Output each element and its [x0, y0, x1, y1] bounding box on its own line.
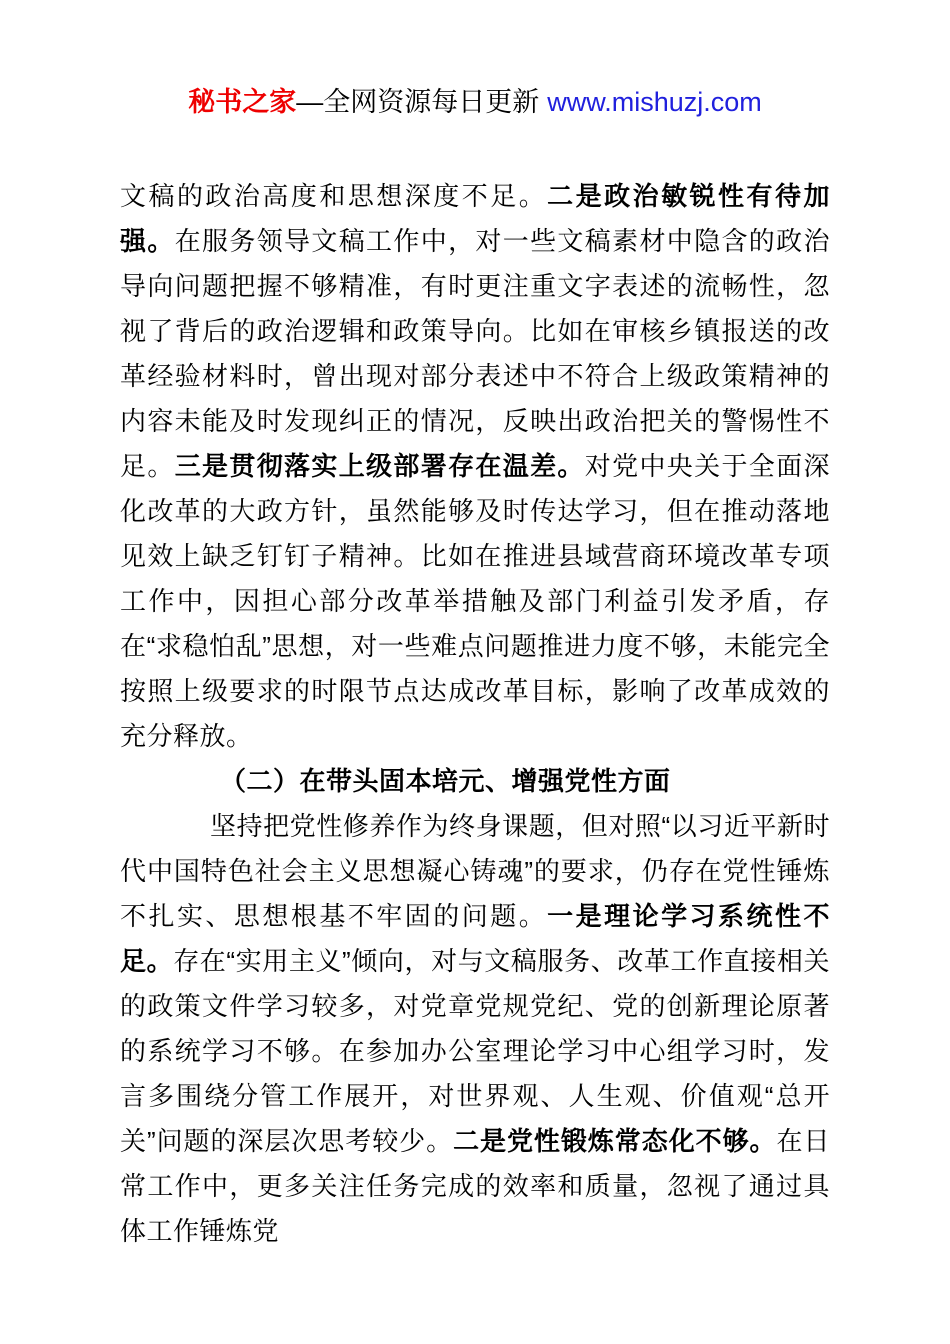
- text-run: 文稿的政治高度和思想深度不足。: [120, 181, 547, 211]
- brand-name: 秘书之家: [188, 87, 296, 117]
- text-run-bold: （二）在带头固本培元、增强党性方面: [220, 766, 671, 796]
- document-body: 文稿的政治高度和思想深度不足。二是政治敏锐性有待加强。在服务领导文稿工作中，对一…: [120, 174, 830, 1254]
- document-page: 秘书之家—全网资源每日更新www.mishuzj.com 文稿的政治高度和思想深…: [0, 0, 950, 1344]
- header-tagline: —全网资源每日更新: [296, 87, 539, 117]
- site-url-link[interactable]: www.mishuzj.com: [547, 87, 762, 117]
- text-run-bold: 三是贯彻落实上级部署存在温差。: [175, 451, 585, 481]
- text-run-bold: 二是党性锻炼常态化不够。: [453, 1126, 776, 1156]
- paragraph: 坚持把党性修养作为终身课题，但对照“以习近平新时代中国特色社会主义思想凝心铸魂”…: [120, 804, 830, 1254]
- text-run: 对党中央关于全面深化改革的大政方针，虽然能够及时传达学习，但在推动落地见效上缺乏…: [120, 451, 830, 751]
- page-header: 秘书之家—全网资源每日更新www.mishuzj.com: [0, 84, 950, 120]
- text-run: 存在“实用主义”倾向，对与文稿服务、改革工作直接相关的政策文件学习较多，对党章党…: [120, 946, 830, 1156]
- section-heading: （二）在带头固本培元、增强党性方面: [120, 759, 830, 804]
- paragraph: 文稿的政治高度和思想深度不足。二是政治敏锐性有待加强。在服务领导文稿工作中，对一…: [120, 174, 830, 759]
- text-run: 在服务领导文稿工作中，对一些文稿素材中隐含的政治导向问题把握不够精准，有时更注重…: [120, 226, 830, 481]
